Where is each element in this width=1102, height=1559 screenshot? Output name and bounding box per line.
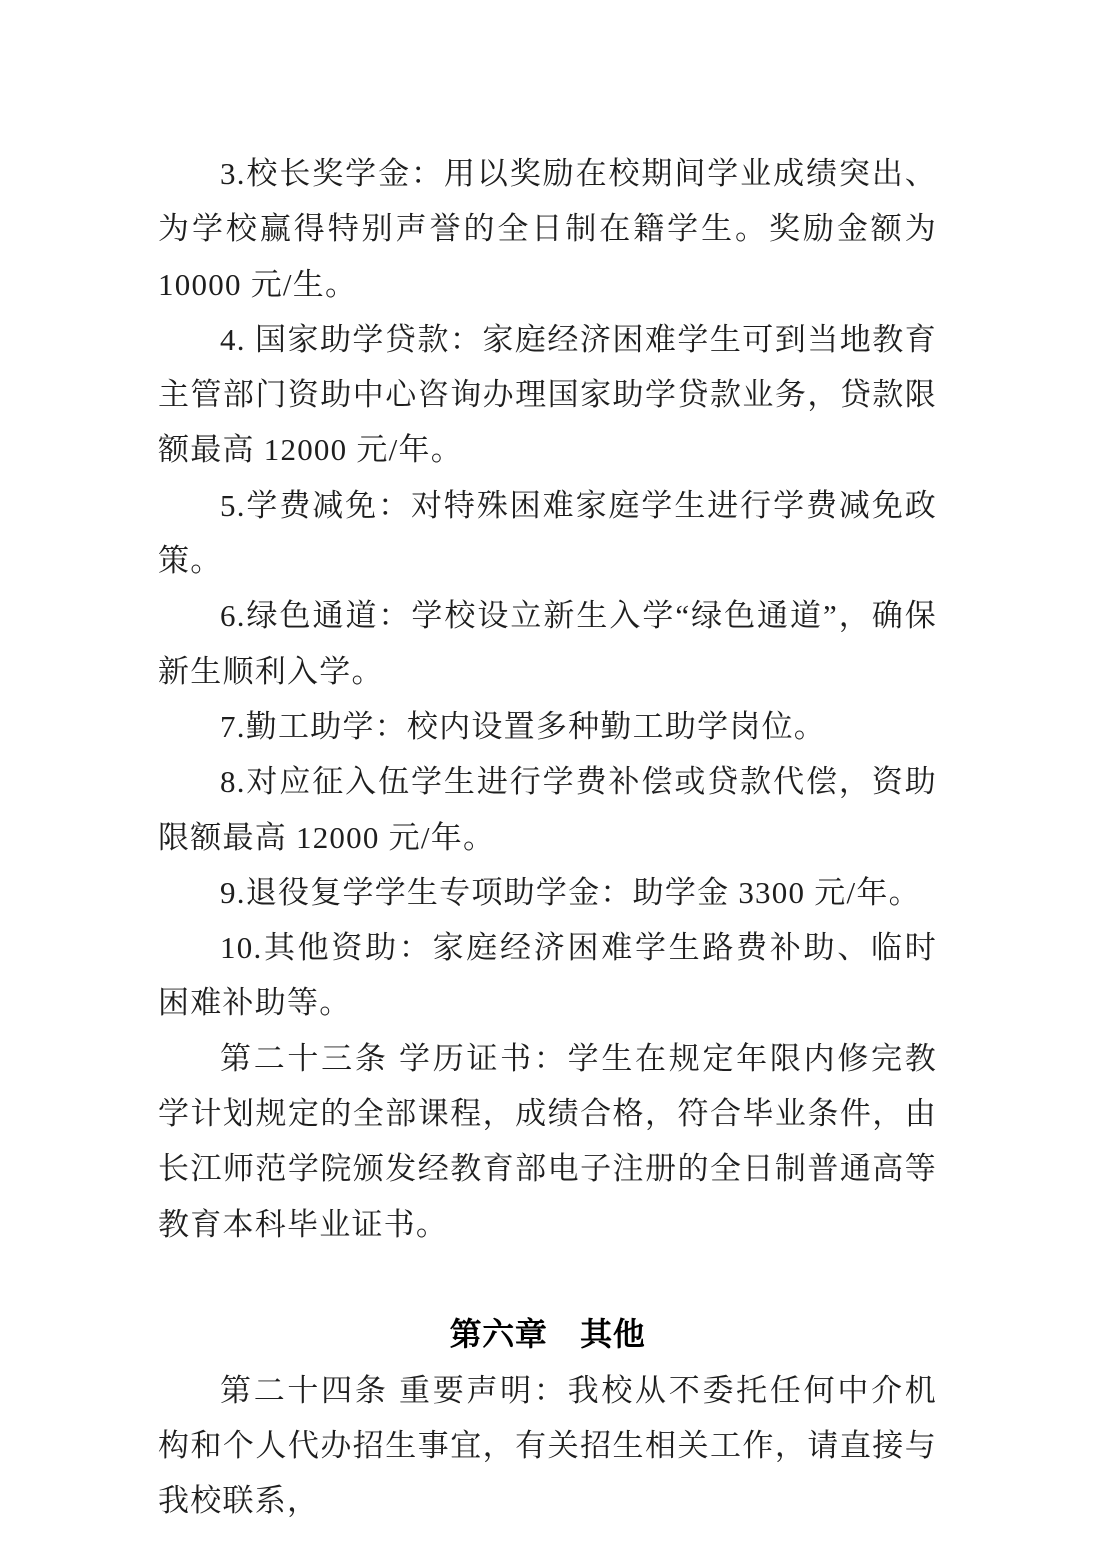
paragraph-other-aid: 10.其他资助：家庭经济困难学生路费补助、临时困难补助等。: [158, 920, 937, 1031]
document-page: 3.校长奖学金：用以奖励在校期间学业成绩突出、为学校赢得特别声誉的全日制在籍学生…: [0, 0, 1102, 1559]
paragraph-article-24-statement: 第二十四条 重要声明：我校从不委托任何中介机构和个人代办招生事宜，有关招生相关工…: [158, 1363, 937, 1529]
paragraph-veteran-grant: 9.退役复学学生专项助学金：助学金 3300 元/年。: [158, 865, 937, 920]
paragraph-green-channel: 6.绿色通道：学校设立新生入学“绿色通道”，确保新生顺利入学。: [158, 588, 937, 699]
paragraph-article-23-diploma: 第二十三条 学历证书：学生在规定年限内修完教学计划规定的全部课程，成绩合格，符合…: [158, 1031, 937, 1252]
chapter-6-heading: 第六章 其他: [158, 1307, 937, 1362]
document-text-block: 3.校长奖学金：用以奖励在校期间学业成绩突出、为学校赢得特别声誉的全日制在籍学生…: [158, 146, 937, 1528]
paragraph-military-enlistment-compensation: 8.对应征入伍学生进行学费补偿或贷款代偿，资助限额最高 12000 元/年。: [158, 754, 937, 865]
paragraph-tuition-waiver: 5.学费减免：对特殊困难家庭学生进行学费减免政策。: [158, 478, 937, 589]
paragraph-national-student-loan: 4. 国家助学贷款：家庭经济困难学生可到当地教育主管部门资助中心咨询办理国家助学…: [158, 312, 937, 478]
paragraph-president-scholarship: 3.校长奖学金：用以奖励在校期间学业成绩突出、为学校赢得特别声誉的全日制在籍学生…: [158, 146, 937, 312]
paragraph-work-study: 7.勤工助学：校内设置多种勤工助学岗位。: [158, 699, 937, 754]
